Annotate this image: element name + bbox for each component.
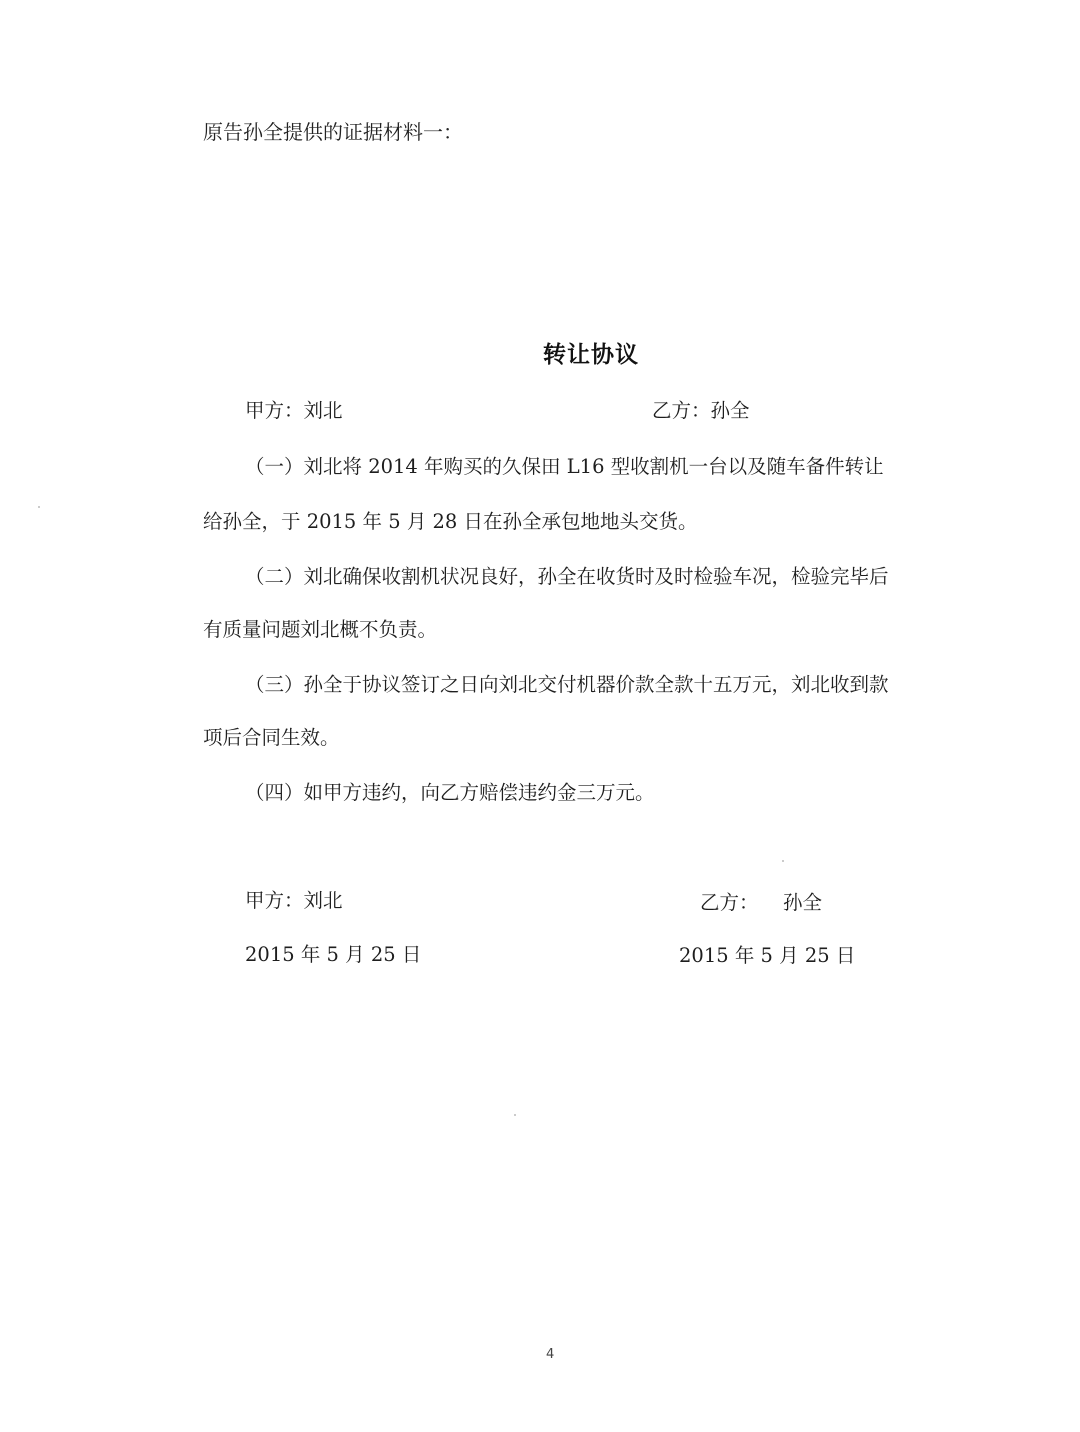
evidence-header-label: 原告孙全提供的证据材料一： xyxy=(203,116,463,145)
clause-1-line-1: （一）刘北将 2014 年购买的久保田 L16 型收割机一台以及随车备件转让 xyxy=(245,451,884,479)
scan-speck xyxy=(514,1114,516,1116)
signature-date-party-b: 2015 年 5 月 25 日 xyxy=(679,940,855,968)
signature-party-b-name: 孙全 xyxy=(783,887,822,915)
clause-3-line-1: （三）孙全于协议签订之日向刘北交付机器价款全款十五万元，刘北收到款 xyxy=(245,669,889,697)
scan-speck xyxy=(38,506,40,508)
clause-2-line-2: 有质量问题刘北概不负责。 xyxy=(203,614,437,642)
signature-party-b-label: 乙方： xyxy=(700,887,759,915)
party-b-heading: 乙方：孙全 xyxy=(652,395,750,423)
agreement-title: 转让协议 xyxy=(543,336,639,369)
clause-2-line-1: （二）刘北确保收割机状况良好，孙全在收货时及时检验车况，检验完毕后 xyxy=(245,561,889,589)
party-a-heading: 甲方：刘北 xyxy=(245,395,343,423)
page-number: 4 xyxy=(546,1347,554,1362)
clause-4-line-1: （四）如甲方违约，向乙方赔偿违约金三万元。 xyxy=(245,777,655,805)
signature-date-party-a: 2015 年 5 月 25 日 xyxy=(245,939,421,967)
signature-party-a: 甲方：刘北 xyxy=(245,885,343,913)
clause-3-line-2: 项后合同生效。 xyxy=(203,722,340,750)
scan-speck xyxy=(782,860,784,862)
clause-1-line-2: 给孙全，于 2015 年 5 月 28 日在孙全承包地地头交货。 xyxy=(203,506,698,534)
